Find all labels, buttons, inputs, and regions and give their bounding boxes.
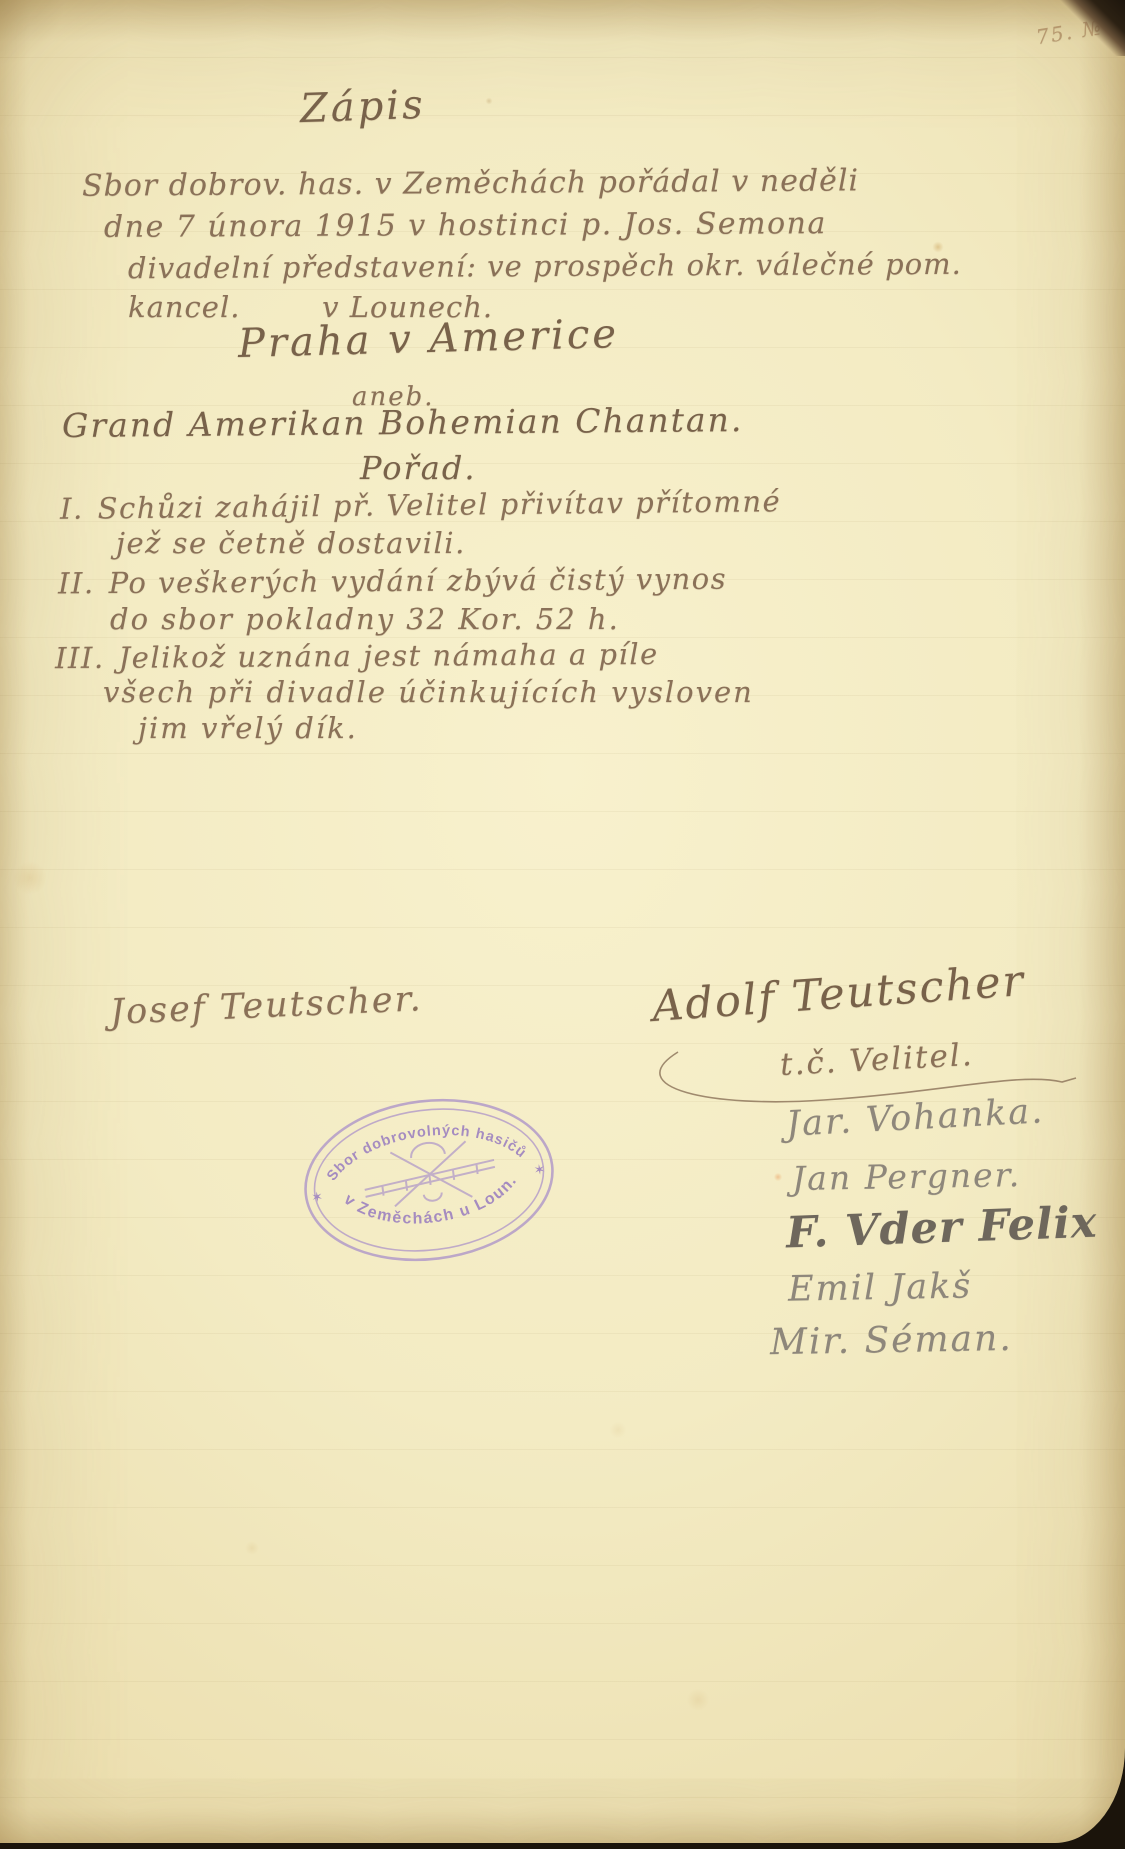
- minutes-item-2-line-1: II.Po veškerých vydání zbývá čistý vynos: [58, 564, 727, 599]
- item-3-numeral: III.: [55, 641, 105, 675]
- secretary-signature: Josef Teutscher.: [109, 981, 423, 1031]
- scan-corner-shadow: [1055, 0, 1125, 56]
- scanned-document: 75. № Zápis Sbor dobrov. has. v Zeměchác…: [0, 0, 1125, 1849]
- play-title: Praha v Americe: [238, 313, 620, 365]
- item-3-text-1: Jelikož uznána jest námaha a píle: [118, 637, 658, 675]
- attendee-signature-2: Jan Pergner.: [792, 1158, 1022, 1197]
- document-title: Zápis: [299, 84, 426, 130]
- item-2-numeral: II.: [58, 566, 95, 600]
- item-2-text-1: Po veškerých vydání zbývá čistý vynos: [109, 562, 728, 600]
- item-1-numeral: I.: [60, 492, 84, 526]
- attendee-signature-3: F. Vder Felix: [785, 1201, 1098, 1257]
- minutes-item-3-line-2: všech při divadle účinkujících vysloven: [103, 677, 754, 707]
- stamp-star-left-icon: ✶: [311, 1190, 324, 1206]
- play-subtitle: Grand Amerikan Bohemian Chantan.: [62, 403, 744, 444]
- paper-page: 75. № Zápis Sbor dobrov. has. v Zeměchác…: [0, 0, 1125, 1843]
- minutes-item-3-line-1: III.Jelikož uznána jest námaha a píle: [55, 639, 659, 674]
- minutes-item-2-line-2: do sbor pokladny 32 Kor. 52 h.: [110, 604, 620, 634]
- stamp-star-right-icon: ✶: [533, 1163, 546, 1179]
- intro-line-3: divadelní představení: ve prospěch okr. …: [128, 249, 962, 284]
- minutes-item-1-line-1: I.Schůzi zahájil př. Velitel přivítav př…: [60, 486, 782, 524]
- program-heading: Pořad.: [360, 452, 477, 486]
- minutes-item-3-line-3: jim vřelý dík.: [138, 713, 358, 743]
- intro-line-1: Sbor dobrov. has. v Zeměchách pořádal v …: [82, 165, 859, 202]
- intro-line-2: dne 7 února 1915 v hostinci p. Jos. Semo…: [104, 208, 827, 243]
- item-1-text-1: Schůzi zahájil př. Velitel přivítav přít…: [98, 484, 782, 525]
- fire-brigade-stamp: Sbor dobrovolných hasičů v Zeměchách u L…: [288, 1079, 569, 1282]
- minutes-item-1-line-2: jež se četně dostavili.: [116, 528, 466, 558]
- attendee-signature-5: Mir. Séman.: [770, 1320, 1013, 1362]
- attendee-signature-4: Emil Jakš: [788, 1268, 973, 1308]
